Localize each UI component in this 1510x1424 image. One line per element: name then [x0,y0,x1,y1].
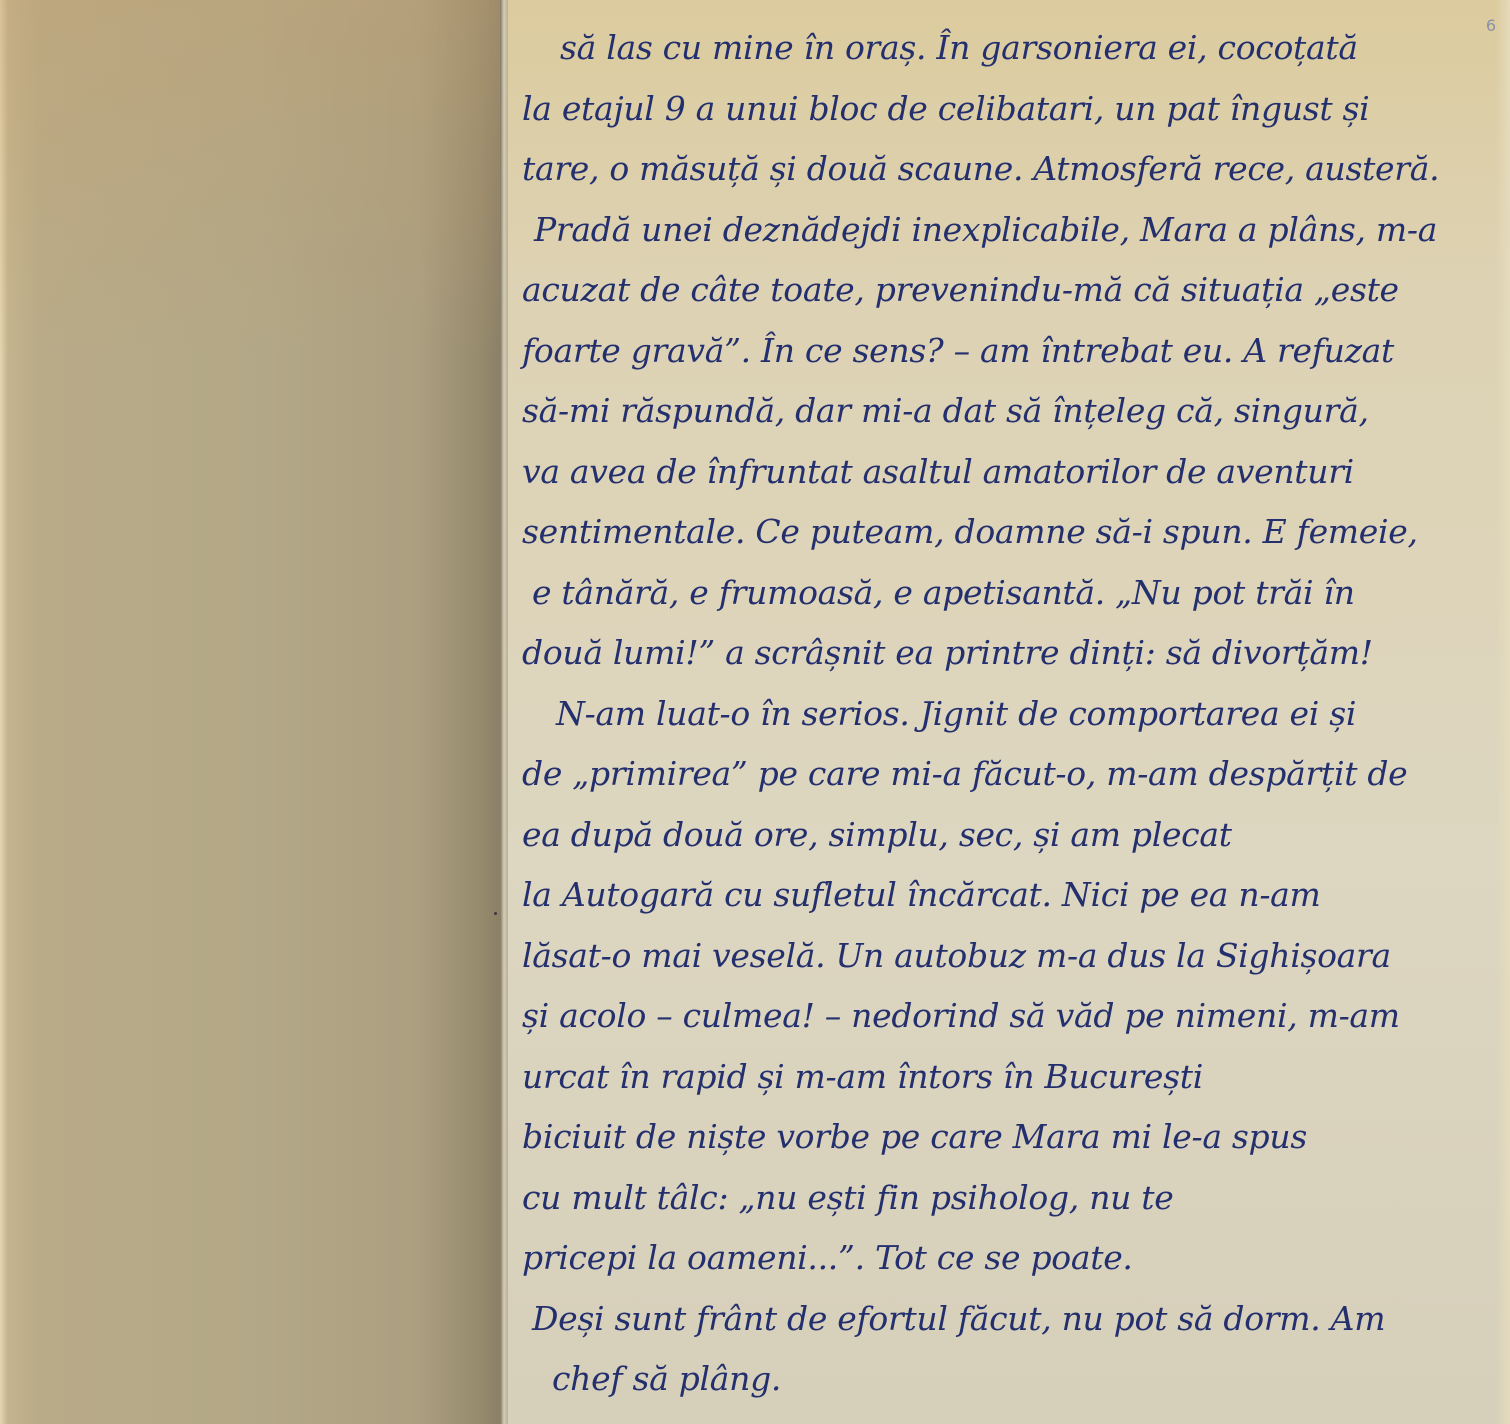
text-line: tare, o măsuță și două scaune. Atmosferă… [522,139,1480,200]
page-number: 6 [1486,16,1496,35]
text-line: va avea de înfruntat asaltul amatorilor … [522,442,1480,503]
left-page-blank [0,0,500,1424]
text-line: Pradă unei deznădejdi inexplicabile, Mar… [522,200,1480,261]
text-line: biciuit de niște vorbe pe care Mara mi l… [522,1107,1480,1168]
notebook-spread: 6 să las cu mine în oraș. În garsoniera … [0,0,1510,1424]
text-line: chef să plâng. [522,1349,1480,1410]
text-line: de „primirea” pe care mi-a făcut-o, m-am… [522,744,1480,805]
book-gutter [500,0,508,1424]
text-line: să las cu mine în oraș. În garsoniera ei… [522,18,1480,79]
text-line: ea după două ore, simplu, sec, și am ple… [522,805,1480,866]
text-line: la etajul 9 a unui bloc de celibatari, u… [522,79,1480,140]
text-line: să-mi răspundă, dar mi-a dat să înțeleg … [522,381,1480,442]
text-line: lăsat-o mai veselă. Un autobuz m-a dus l… [522,926,1480,987]
text-line: două lumi!” a scrâșnit ea printre dinți:… [522,623,1480,684]
text-line: Deși sunt frânt de efortul făcut, nu pot… [522,1289,1480,1350]
handwritten-text: să las cu mine în oraș. În garsoniera ei… [522,18,1480,1410]
margin-dot [494,912,497,915]
text-line: e tânără, e frumoasă, e apetisantă. „Nu … [522,563,1480,624]
text-line: și acolo – culmea! – nedorind să văd pe … [522,986,1480,1047]
text-line: cu mult tâlc: „nu ești fin psiholog, nu … [522,1168,1480,1229]
right-page: 6 să las cu mine în oraș. În garsoniera … [508,0,1510,1424]
text-line: urcat în rapid și m-am întors în Bucureș… [522,1047,1480,1108]
text-line: la Autogară cu sufletul încărcat. Nici p… [522,865,1480,926]
text-line: acuzat de câte toate, prevenindu-mă că s… [522,260,1480,321]
text-line: sentimentale. Ce puteam, doamne să-i spu… [522,502,1480,563]
text-line: pricepi la oameni...”. Tot ce se poate. [522,1228,1480,1289]
text-line: foarte gravă”. În ce sens? – am întrebat… [522,321,1480,382]
text-line: N-am luat-o în serios. Jignit de comport… [522,684,1480,745]
